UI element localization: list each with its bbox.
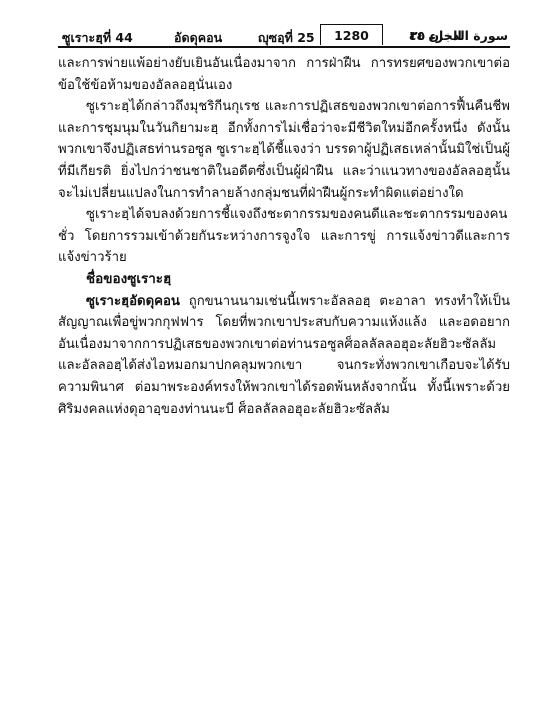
page-number: 1280 [320, 24, 383, 45]
page-header: ซูเราะฮฺที่ 44 อัดดุคอน ญุซอฺที่ 25 1280… [58, 26, 510, 48]
page-body: และการพ่ายแพ้อย่างยับเยินอันเนื่องมาจาก … [58, 53, 510, 420]
surah-name-arabic: سورة الدخان ٤٤ [409, 28, 508, 43]
paragraph-3: ซูเราะฮฺได้จบลงด้วยการชี้แจงถึงชะตากรรมข… [58, 204, 510, 269]
surah-name-bold: ซูเราะฮฺอัดดุคอน [86, 294, 180, 309]
section-heading: ชื่อของซูเราะฮฺ [58, 269, 510, 291]
paragraph-4-text: ถูกขนานนามเช่นนี้เพราะอัลลอฮฺ ตะอาลา ทรง… [58, 294, 510, 417]
surah-number-thai: ซูเราะฮฺที่ 44 [62, 28, 133, 48]
juz-number-thai: ญุซอฺที่ 25 [258, 28, 315, 48]
paragraph-4: ซูเราะฮฺอัดดุคอน ถูกขนานนามเช่นนี้เพราะอ… [58, 291, 510, 421]
paragraph-1: และการพ่ายแพ้อย่างยับเยินอันเนื่องมาจาก … [58, 53, 510, 96]
surah-name-thai: อัดดุคอน [174, 28, 222, 48]
paragraph-2: ซูเราะฮฺได้กล่าวถึงมุชริกีนกุเรช และการป… [58, 96, 510, 204]
